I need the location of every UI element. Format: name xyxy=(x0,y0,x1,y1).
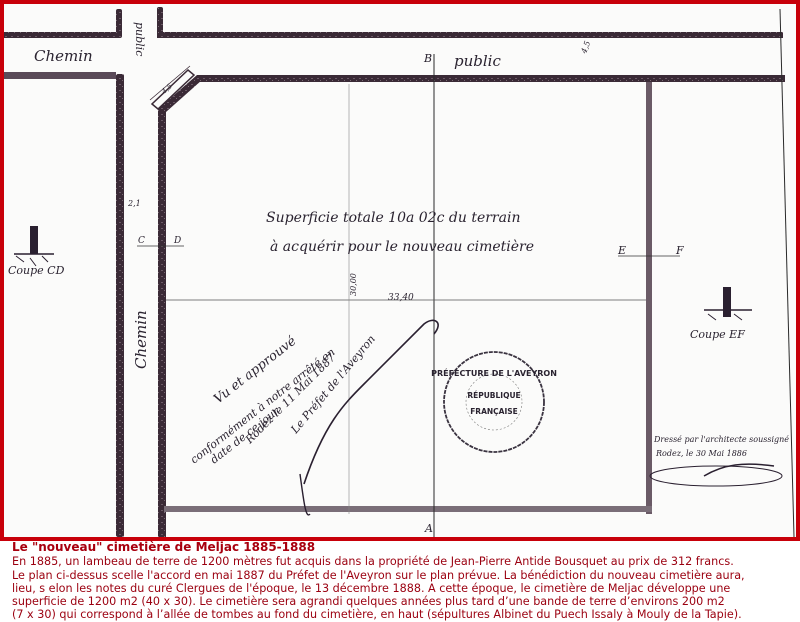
caption-line: superficie de 1200 m2 (40 x 30). Le cime… xyxy=(12,595,798,608)
svg-text:PRÉFECTURE DE L'AVEYRON: PRÉFECTURE DE L'AVEYRON xyxy=(431,367,557,378)
marker-a: A xyxy=(424,522,433,535)
section-cd-label: Coupe CD xyxy=(8,264,65,277)
marker-b: B xyxy=(423,52,432,65)
caption-title: Le "nouveau" cimetière de Meljac 1885-18… xyxy=(12,541,798,554)
dimension-horizontal: 33,40 xyxy=(388,293,414,303)
interior-text-purpose: à acquérir pour le nouveau cimetière xyxy=(270,239,534,255)
marker-e: E xyxy=(617,244,626,257)
dimension-road-left: 2,1 xyxy=(127,199,141,208)
interior-text-area: Superficie totale 10a 02c du terrain xyxy=(266,210,520,226)
svg-text:RÉPUBLIQUE: RÉPUBLIQUE xyxy=(467,391,520,400)
road-label-chemin-vertical: Chemin xyxy=(132,310,150,369)
svg-text:FRANÇAISE: FRANÇAISE xyxy=(470,407,518,416)
cemetery-plan-drawing: 4,5 Chemin public public Chemin Superfic… xyxy=(4,4,796,537)
caption-line: (7 x 30) qui correspond à l’allée de tom… xyxy=(12,608,798,621)
marker-c: C xyxy=(138,236,145,246)
dimension-vertical: 30,00 xyxy=(349,273,358,296)
caption-line: lieu, s elon les notes du curé Clergues … xyxy=(12,582,798,595)
caption-line: Le plan ci-dessus scelle l'accord en mai… xyxy=(12,569,798,582)
road-label-public: public xyxy=(454,52,501,70)
marker-d: D xyxy=(173,236,181,246)
section-ef-label: Coupe EF xyxy=(690,328,745,341)
caption-line: En 1885, un lambeau de terre de 1200 mèt… xyxy=(12,555,798,568)
plan-image-frame: 4,5 Chemin public public Chemin Superfic… xyxy=(0,0,800,541)
caption-block: Le "nouveau" cimetière de Meljac 1885-18… xyxy=(12,541,798,622)
svg-text:Rodez, le 30 Mai 1886: Rodez, le 30 Mai 1886 xyxy=(655,449,747,458)
road-label-chemin-top: Chemin xyxy=(34,47,93,65)
road-label-vertical-top: public xyxy=(133,22,146,56)
svg-text:Dressé par l'architecte soussi: Dressé par l'architecte soussigné xyxy=(653,435,789,444)
marker-f: F xyxy=(675,244,684,257)
